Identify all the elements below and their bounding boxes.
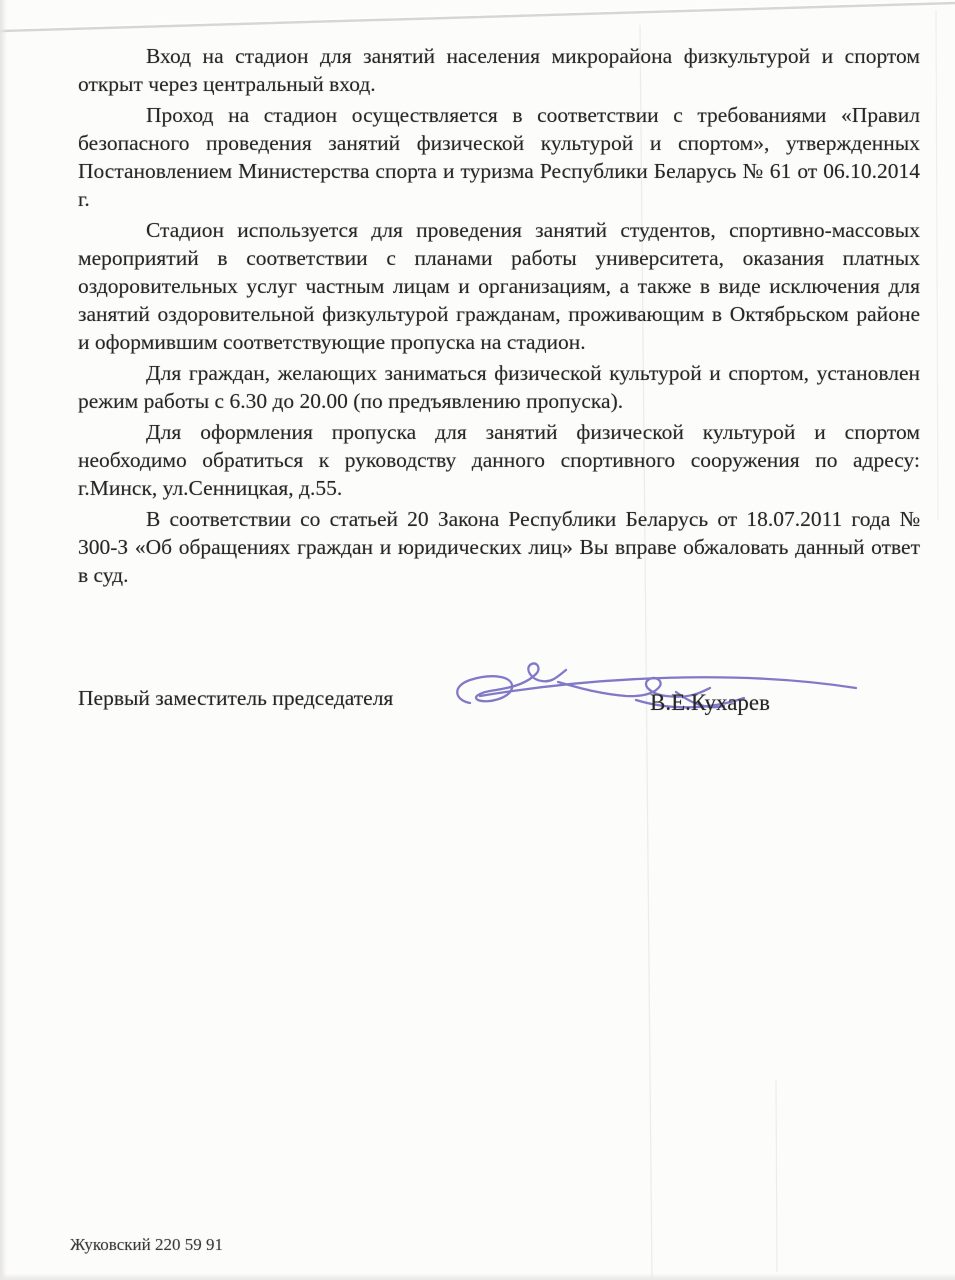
paragraph-entrance: Вход на стадион для занятий населения ми… (78, 42, 920, 98)
signer-title: Первый заместитель председателя (78, 686, 393, 711)
paragraph-stadium-usage: Стадион используется для проведения заня… (78, 216, 920, 356)
scan-page-top-edge-highlight (0, 1, 955, 29)
scanned-document-page: Вход на стадион для занятий населения ми… (0, 0, 955, 1280)
scan-bottom-edge-shadow (0, 1273, 955, 1280)
scan-fold-line-bottom-right (776, 1080, 777, 1272)
paragraph-schedule: Для граждан, желающих заниматься физичес… (78, 359, 920, 415)
paragraph-pass-application: Для оформления пропуска для занятий физи… (78, 418, 920, 502)
scan-page-top-edge-line (0, 3, 955, 31)
paragraph-appeal-right: В соответствии со статьей 20 Закона Респ… (78, 505, 920, 589)
signer-name: В.Е.Кухарев (650, 690, 770, 716)
scan-fold-line-right (936, 10, 938, 520)
paragraph-access-rules: Проход на стадион осуществляется в соотв… (78, 101, 920, 213)
scan-left-edge-shadow (0, 0, 7, 1280)
footer-contact: Жуковский 220 59 91 (70, 1235, 223, 1255)
signature-block: Первый заместитель председателя В.Е.Куха… (78, 684, 920, 744)
letter-body: Вход на стадион для занятий населения ми… (78, 42, 920, 592)
